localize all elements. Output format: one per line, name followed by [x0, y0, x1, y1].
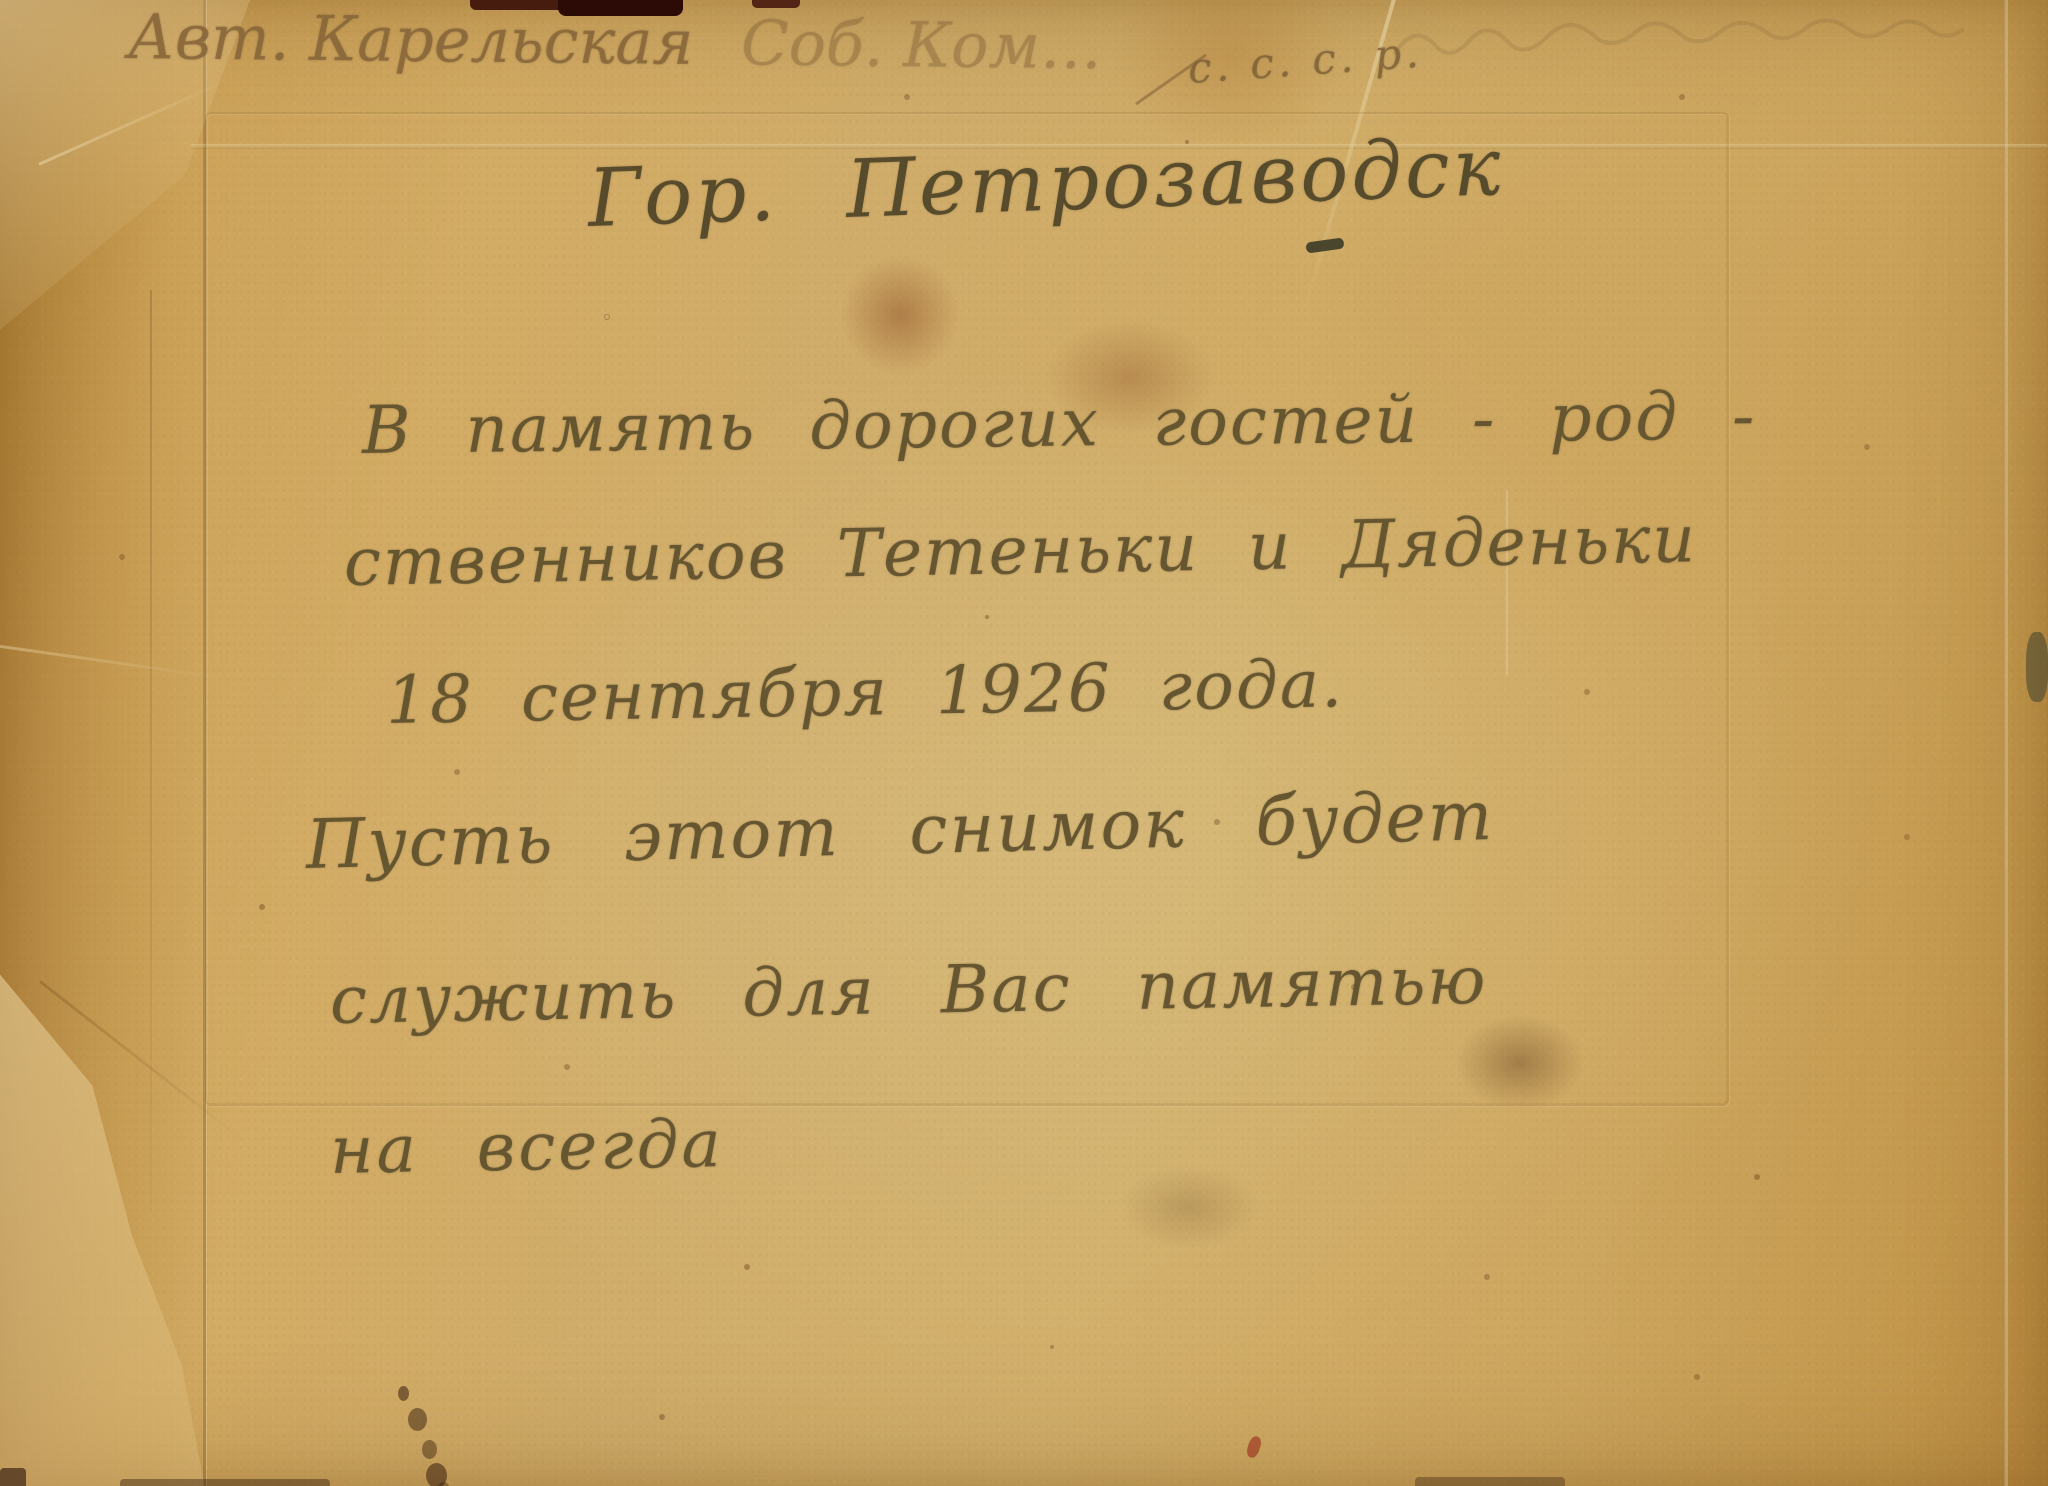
spine-crease-line — [203, 0, 206, 1486]
left-spine-shading — [0, 0, 215, 1486]
paper-freckles — [605, 315, 609, 319]
photo-verso-scan: Авт. Карельская Соб. Ком… с. с. с. р. Го… — [0, 0, 2048, 1486]
header-region-label: Авт. Карельская Соб. Ком… — [128, 0, 1103, 83]
tear-edge-shadow — [39, 980, 246, 1142]
dark-edge-debris-bottom — [120, 1479, 330, 1486]
page-title: Гор. Петрозаводск — [586, 120, 1505, 245]
body-line: ственников Тетеньки и Дяденьки — [343, 500, 1697, 601]
ink-drip-bottom-left — [398, 1386, 409, 1401]
spine-crease-highlight — [206, 0, 207, 1486]
diagonal-crease-top-left — [38, 77, 231, 165]
red-mark-bottom — [1245, 1435, 1263, 1460]
body-line: В память дорогих гостей - род - — [362, 377, 1757, 469]
body-line: Пусть этот снимок будет — [305, 777, 1495, 885]
dark-edge-debris-bottom — [1415, 1477, 1565, 1486]
dark-edge-debris-bottom — [0, 1468, 26, 1486]
stain-smudge-center-bottom — [1120, 1165, 1260, 1250]
crease-left-mid — [0, 644, 224, 680]
body-line: служить для Вас памятью — [329, 942, 1488, 1039]
torn-corner-bottom-left — [0, 930, 330, 1486]
teal-smudge-right-edge — [2026, 632, 2048, 702]
ink-dash — [1305, 237, 1344, 253]
header-region-left: Авт. Карельская — [128, 0, 694, 79]
stain-brown-center — [840, 255, 960, 375]
body-line: 18 сентября 1926 года. — [385, 645, 1344, 739]
ussr-mark: с. с. с. р. — [1186, 28, 1424, 93]
right-edge-crease — [2004, 0, 2008, 1486]
faded-handwriting-trace — [1390, 8, 2030, 78]
spine-crease-line — [150, 290, 152, 1210]
body-line: на всегда — [329, 1105, 724, 1189]
header-region-right: Соб. Ком… — [741, 6, 1102, 83]
stain-smudge-bottom-right — [1455, 1015, 1585, 1110]
